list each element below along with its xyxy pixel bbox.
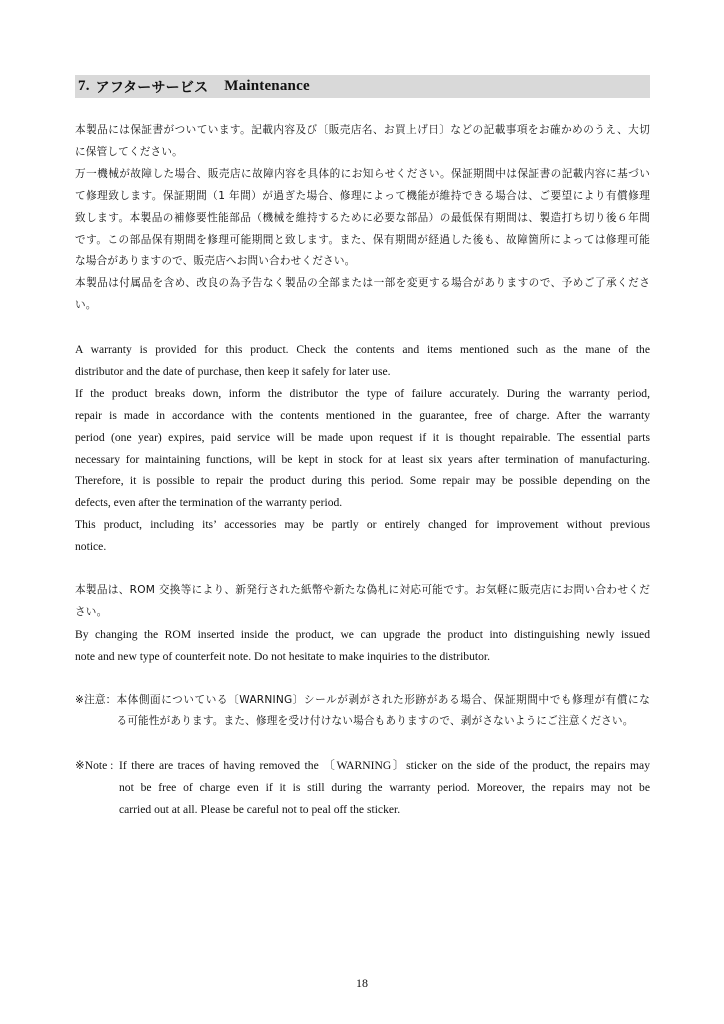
en-warranty-paragraph: A warranty is provided for this product.… [75,339,650,558]
text-line: This product, including its’ accessories… [75,514,650,536]
section-title-jp: アフターサービス [96,77,209,97]
section-header: 7. アフターサービス Maintenance [75,75,650,98]
text-line: 万一機械が故障した場合、販売店に故障内容を具体的にお知らせください。保証期間中は… [75,164,650,186]
text-line: て修理致します。保証期間（1 年間）が過ぎた場合、修理によって機能が維持できる場… [75,186,650,208]
text-line: な場合がありますので、販売店へお問い合わせください。 [75,251,650,273]
document-page: 7. アフターサービス Maintenance 本製品には保証書がついています。… [75,75,650,821]
page-number: 18 [0,976,724,991]
text-line: If the product breaks down, inform the d… [75,383,650,405]
caution-jp: ※注意： 本体側面についている〔WARNING〕シールが剥がされた形跡がある場合… [75,690,650,734]
text-line: notice. [75,536,650,558]
text-line: By changing the ROM inserted inside the … [75,624,650,646]
text-line: です。この部品保有期間を修理可能期間と致します。また、保有期間が経過した後も、故… [75,230,650,252]
text-line: repair is made in accordance with the co… [75,405,650,427]
caution-en: ※Note : If there are traces of having re… [75,755,650,821]
text-line: not be free of charge even if it is stil… [119,777,650,799]
rom-upgrade-paragraph: 本製品は、ROM 交換等により、新発行された紙幣や新たな偽札に対応可能です。お気… [75,580,650,668]
section-number: 7. [78,78,90,95]
text-line: distributor and the date of purchase, th… [75,361,650,383]
text-line: 本製品には保証書がついています。記載内容及び〔販売店名、お買上げ日〕などの記載事… [75,120,650,142]
text-line: carried out at all. Please be careful no… [119,799,650,821]
text-line: A warranty is provided for this product.… [75,339,650,361]
text-line: さい。 [75,602,650,624]
text-line: 致します。本製品の補修要性能部品（機械を維持するために必要な部品）の最低保有期間… [75,208,650,230]
text-line: period (one year) expires, paid service … [75,427,650,449]
text-line: る可能性があります。また、修理を受け付けない場合もありますので、剥がさないように… [116,711,650,733]
text-line: necessary for maintaining functions, wil… [75,449,650,471]
text-line: 本製品は付属品を含め、改良の為予告なく製品の全部または一部を変更する場合がありま… [75,273,650,295]
text-line: に保管してください。 [75,142,650,164]
caution-label: ※注意： [75,690,116,734]
jp-warranty-paragraph: 本製品には保証書がついています。記載内容及び〔販売店名、お買上げ日〕などの記載事… [75,120,650,317]
text-line: If there are traces of having removed th… [119,755,650,777]
text-line: Therefore, it is possible to repair the … [75,470,650,492]
text-line: note and new type of counterfeit note. D… [75,646,650,668]
text-line: 本体側面についている〔WARNING〕シールが剥がされた形跡がある場合、保証期間… [116,690,650,712]
section-title-en: Maintenance [224,78,310,95]
text-line: い。 [75,295,650,317]
note-label: ※Note : [75,755,119,821]
text-line: 本製品は、ROM 交換等により、新発行された紙幣や新たな偽札に対応可能です。お気… [75,580,650,602]
text-line: defects, even after the termination of t… [75,492,650,514]
